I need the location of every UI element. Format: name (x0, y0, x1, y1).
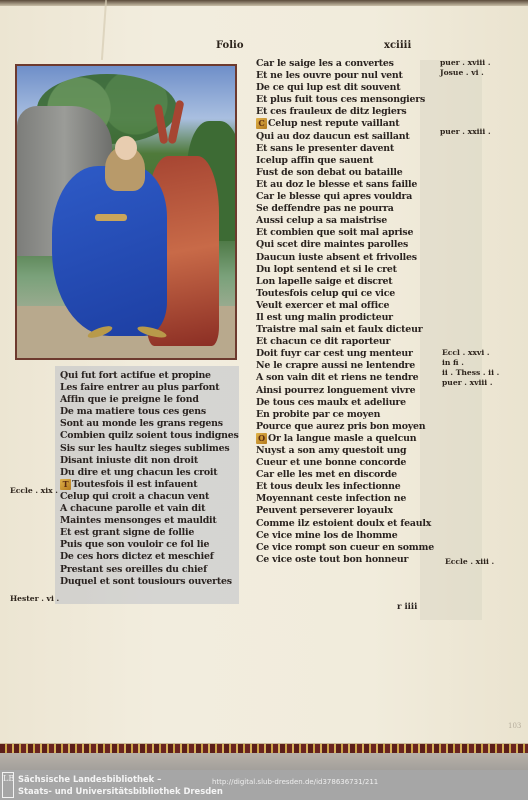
verse-line: Du lopt sentend et si le cret (256, 264, 436, 276)
verse-line: Veult exercer et mal office (256, 300, 436, 312)
illuminated-miniature (15, 64, 237, 360)
verse-line: Celup qui croit a chacun vent (60, 491, 240, 503)
verse-line: De ce qui lup est dit souvent (256, 82, 436, 94)
verse-line-with-initial: OOr la langue masle a quelcun (256, 433, 436, 445)
margin-note: Eccle . xiii . (445, 557, 494, 567)
verse-line: Duquel et sont tousiours ouvertes (60, 576, 240, 588)
verse-line: Ne le crapre aussi ne lentendre (256, 360, 436, 372)
margin-note: in fi . (442, 358, 464, 368)
verse-line: Qui scet dire maintes parolles (256, 239, 436, 251)
verse-line: Se deffendre pas ne pourra (256, 203, 436, 215)
verse-text: Celup nest repute vaillant (268, 118, 399, 129)
folio-number: xciiii (384, 40, 411, 51)
verse-line: Affin que ie preigne le fond (60, 394, 240, 406)
permalink-url[interactable]: http://digital.slub-dresden.de/id3786367… (212, 778, 378, 786)
margin-note: Hester . vi . (10, 594, 59, 604)
verse-line: Prestant ses oreilles du chief (60, 564, 240, 576)
right-text-column: Car le saige les a convertes Et ne les o… (256, 58, 436, 566)
verse-line: Ainsi pourrez longuement vivre (256, 385, 436, 397)
verse-line: Toutesfois celup qui ce vice (256, 288, 436, 300)
verse-line: Fust de son debat ou bataille (256, 167, 436, 179)
verse-line: A son vain dit et riens ne tendre (256, 372, 436, 384)
verse-text: Toutesfois il est infauent (72, 479, 197, 490)
margin-note: Josue . vi . (440, 68, 484, 78)
verse-line: Aussi celup a sa maistrise (256, 215, 436, 227)
verse-line: Peuvent perseverer loyaulx (256, 505, 436, 517)
verse-line: Du dire et ung chacun les croit (60, 467, 240, 479)
pencil-page-number: 103 (508, 722, 521, 730)
verse-line: Cueur et une bonne concorde (256, 457, 436, 469)
verse-line: Daucun iuste absent et frivolles (256, 252, 436, 264)
margin-note: puer . xxiii . (440, 127, 491, 137)
verse-line: En probite par ce moyen (256, 409, 436, 421)
verse-line: Ce vice oste tout bon honneur (256, 554, 436, 566)
verse-line: Moyennant ceste infection ne (256, 493, 436, 505)
verse-line: Combien quilz soient tous indignes (60, 430, 240, 442)
man-figure-blue (52, 166, 167, 336)
signature-mark: r iiii (397, 602, 417, 612)
library-footer: LB Sächsische Landesbibliothek – Staats-… (0, 770, 528, 800)
gold-initial: C (256, 118, 267, 129)
page-fold-line (101, 0, 107, 60)
verse-line: Et au doz le blesse et sans faille (256, 179, 436, 191)
verse-line: Car le blesse qui apres vouldra (256, 191, 436, 203)
verse-line: Et sans le presenter davent (256, 143, 436, 155)
verse-line: Et combien que soit mal aprise (256, 227, 436, 239)
institution-name-line1: Sächsische Landesbibliothek – (18, 774, 161, 784)
verse-line: Puis que son vouloir ce fol lie (60, 539, 240, 551)
verse-line: Et tous deulx les infectionne (256, 481, 436, 493)
folio-label: Folio (216, 40, 244, 51)
verse-line: Et est grant signe de follie (60, 527, 240, 539)
verse-line: Pource que aurez pris bon moyen (256, 421, 436, 433)
man-face (115, 136, 137, 160)
verse-line: Comme ilz estoient doulx et feaulx (256, 518, 436, 530)
verse-line: Doit fuyr car cest ung menteur (256, 348, 436, 360)
verse-line: Qui fut fort actifue et propine (60, 370, 240, 382)
page-top-edge (0, 0, 528, 6)
margin-note: Eccle . xix . (10, 486, 58, 496)
verse-line-with-initial: CCelup nest repute vaillant (256, 118, 436, 130)
verse-line: Et ne les ouvre pour nul vent (256, 70, 436, 82)
verse-line: Et chacun ce dit raporteur (256, 336, 436, 348)
margin-note: ii . Thess . ii . (442, 368, 499, 378)
left-text-column: Qui fut fort actifue et propine Les fair… (60, 370, 240, 588)
verse-line: Car le saige les a convertes (256, 58, 436, 70)
verse-line: Sis sur les haultz sieges sublimes (60, 443, 240, 455)
verse-line: Les faire entrer au plus parfont (60, 382, 240, 394)
verse-line: Et plus fuit tous ces mensongiers (256, 94, 436, 106)
gold-initial: T (60, 479, 71, 490)
verse-line: Il est ung malin prodicteur (256, 312, 436, 324)
margin-note: puer . xviii . (442, 378, 492, 388)
verse-line: De ma matiere tous ces gens (60, 406, 240, 418)
verse-line: Nuyst a son amy questoit ung (256, 445, 436, 457)
verse-line: De tous ces maulx et adeliure (256, 397, 436, 409)
library-logo-icon: LB (2, 772, 14, 798)
book-underside (0, 753, 528, 770)
verse-text: Or la langue masle a quelcun (268, 433, 416, 444)
verse-line: Car elle les met en discorde (256, 469, 436, 481)
verse-line: Qui au doz daucun est saillant (256, 131, 436, 143)
margin-note: Eccl . xxvi . (442, 348, 490, 358)
gold-initial: O (256, 433, 267, 444)
verse-line: Et ces frauleux de ditz legiers (256, 106, 436, 118)
verse-line: Ce vice rompt son cueur en somme (256, 542, 436, 554)
gold-belt (95, 214, 127, 221)
institution-name-line2: Staats- und Universitätsbibliothek Dresd… (18, 786, 223, 796)
verse-line-with-initial: TToutesfois il est infauent (60, 479, 240, 491)
verse-line: A chacune parolle et vain dit (60, 503, 240, 515)
verse-line: Ce vice mine los de lhomme (256, 530, 436, 542)
margin-note: puer . xviii . (440, 58, 490, 68)
verse-line: Lon lapelle saige et discret (256, 276, 436, 288)
verse-line: De ces hors dictez et meschief (60, 551, 240, 563)
verse-line: Sont au monde les grans regens (60, 418, 240, 430)
verse-line: Disant iniuste dit non droit (60, 455, 240, 467)
verse-line: Icelup affin que sauent (256, 155, 436, 167)
verse-line: Traistre mal sain et faulx dicteur (256, 324, 436, 336)
verse-line: Maintes mensonges et mauldit (60, 515, 240, 527)
manuscript-page: Folio xciiii Qui fut fort actifue et pro… (0, 0, 528, 746)
